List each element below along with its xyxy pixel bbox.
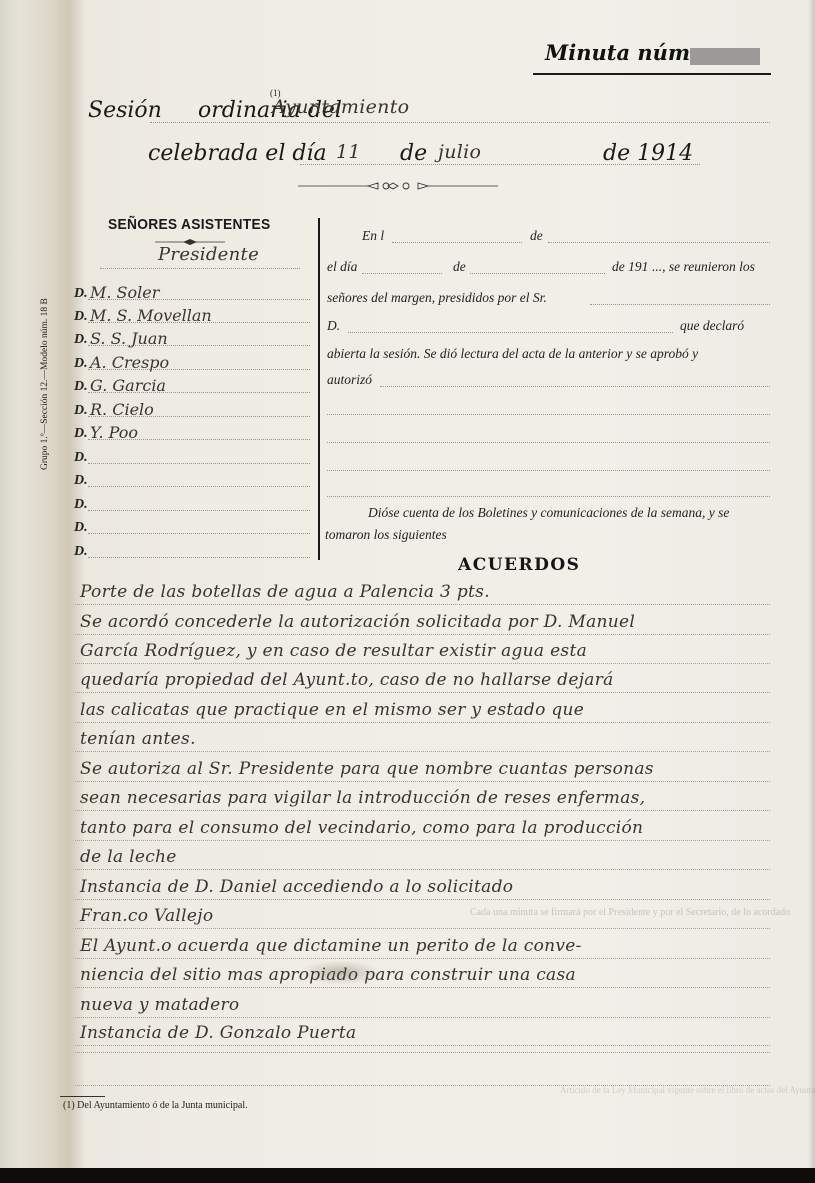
intro-line-president: [590, 304, 770, 305]
intro-line-5: [327, 496, 770, 497]
d-prefix: D.: [74, 497, 88, 513]
agreement-line: tenían antes.: [80, 729, 196, 749]
attendee-row: D.: [74, 540, 310, 560]
agreement-line: García Rodríguez, y en caso de resultar …: [80, 641, 587, 661]
ornament-divider: [298, 180, 498, 192]
attendee-name: M. Soler: [90, 283, 159, 302]
d-prefix: D.: [74, 544, 88, 560]
attendee-name: R. Cielo: [90, 400, 154, 419]
agreement-line: Se autoriza al Sr. Presidente para que n…: [80, 759, 654, 779]
attendee-row: D.: [74, 516, 310, 536]
d-prefix: D.: [74, 450, 88, 466]
attendee-row: D.: [74, 469, 310, 489]
ruled-line: [75, 987, 770, 988]
intro-en-l: En l: [362, 228, 384, 244]
ruled-line: [75, 663, 770, 664]
document-page: Minuta núm. Sesión ordinaria del (1) Ayu…: [0, 0, 815, 1168]
attendee-line: [88, 510, 310, 511]
bleed-through-text: Cada una minuta se firmará por el Presid…: [470, 907, 790, 918]
ruled-line: [75, 722, 770, 723]
d-prefix: D.: [74, 379, 88, 395]
attendee-name: S. S. Juan: [90, 329, 168, 348]
agreement-line: nueva y matadero: [80, 995, 239, 1015]
intro-de2: de: [453, 259, 466, 275]
agreement-line: Porte de las botellas de agua a Palencia…: [80, 582, 490, 602]
agreement-line: Instancia de D. Gonzalo Puerta: [80, 1023, 356, 1043]
intro-abierta: abierta la sesión. Se dió lectura del ac…: [327, 346, 698, 362]
d-prefix: D.: [74, 473, 88, 489]
minuta-number-box: [690, 48, 760, 65]
minuta-label: Minuta núm.: [545, 40, 697, 65]
intro-line-1: [380, 386, 770, 387]
minuta-rule: [533, 73, 771, 75]
agreement-line: Instancia de D. Daniel accediendo a lo s…: [80, 877, 513, 897]
session-word: Sesión: [88, 98, 162, 123]
ruled-line: [75, 869, 770, 870]
session-body-handwritten: Ayuntamiento: [272, 96, 409, 118]
intro-line-month: [470, 273, 605, 274]
attendee-name: Y. Poo: [90, 423, 138, 442]
attendee-row: D.A. Crespo: [74, 352, 310, 372]
attendee-row: D.Y. Poo: [74, 422, 310, 442]
column-divider: [318, 218, 320, 560]
intro-el-dia: el día: [327, 259, 357, 275]
agreement-line: Fran.co Vallejo: [80, 906, 213, 926]
d-prefix: D.: [74, 332, 88, 348]
attendee-line: [88, 463, 310, 464]
agreement-line: quedaría propiedad del Ayunt.to, caso de…: [80, 670, 614, 690]
intro-line-place: [392, 242, 522, 243]
agreement-line: Se acordó concederle la autorización sol…: [80, 612, 635, 632]
d-prefix: D.: [74, 309, 88, 325]
diose-line-1: Dióse cuenta de los Boletines y comunica…: [368, 505, 729, 521]
d-prefix: D.: [74, 403, 88, 419]
footnote: (1) Del Ayuntamiento ó de la Junta munic…: [63, 1100, 248, 1111]
ruled-line: [75, 781, 770, 782]
attendee-name: A. Crespo: [90, 353, 169, 372]
attendee-row: D.: [74, 446, 310, 466]
d-prefix: D.: [74, 426, 88, 442]
attendee-name: G. Garcia: [90, 376, 166, 395]
d-prefix: D.: [74, 286, 88, 302]
attendee-line: [88, 557, 310, 558]
intro-que-declaro: que declaró: [680, 318, 744, 334]
form-model-label: Grupo 1.º—Sección 12.—Modelo núm. 18 B: [40, 298, 50, 470]
d-prefix: D.: [74, 356, 88, 372]
attendee-line: [88, 533, 310, 534]
agreement-line: de la leche: [80, 847, 177, 867]
ruled-line: [75, 751, 770, 752]
de-label: de: [400, 141, 427, 166]
ruled-line: [75, 1045, 770, 1046]
intro-line-day: [362, 273, 442, 274]
intro-autorizo: autorizó: [327, 372, 372, 388]
ruled-line: [75, 899, 770, 900]
agreement-line: El Ayunt.o acuerda que dictamine un peri…: [80, 936, 582, 956]
attendees-heading: SEÑORES ASISTENTES: [108, 216, 270, 233]
intro-line-4: [327, 470, 770, 471]
ruled-line: [75, 810, 770, 811]
footnote-rule: [60, 1096, 105, 1097]
intro-line-d: [348, 332, 673, 333]
presidente-handwritten: Presidente: [158, 244, 259, 265]
presidente-line: [100, 268, 300, 269]
attendee-name: M. S. Movellan: [90, 306, 212, 325]
ruled-line: [75, 840, 770, 841]
intro-line-2: [327, 414, 770, 415]
d-prefix: D.: [74, 520, 88, 536]
ruled-line: [75, 692, 770, 693]
bleed-through-text-2: Artículo de la Ley Municipal vigente sob…: [560, 1085, 815, 1096]
intro-line-place2: [548, 242, 770, 243]
diose-line-2: tomaron los siguientes: [325, 527, 447, 543]
ruled-line: [75, 604, 770, 605]
attendee-row: D.S. S. Juan: [74, 328, 310, 348]
agreement-line: sean necesarias para vigilar la introduc…: [80, 788, 645, 808]
intro-se-reunieron: ..., se reunieron los: [652, 259, 755, 275]
intro-line-3: [327, 442, 770, 443]
session-day: 11: [336, 141, 361, 163]
ruled-line: [75, 928, 770, 929]
attendee-row: D.M. Soler: [74, 282, 310, 302]
ink-stain: [300, 960, 380, 985]
agreement-line: las calicatas que practique en el mismo …: [80, 700, 584, 720]
blank-line: [75, 1052, 770, 1053]
celebrada-label: celebrada el día: [148, 141, 327, 166]
session-month: julio: [438, 141, 481, 163]
intro-d: D.: [327, 318, 340, 334]
attendee-row: D.M. S. Movellan: [74, 305, 310, 325]
attendee-row: D.G. Garcia: [74, 375, 310, 395]
ruled-line: [75, 958, 770, 959]
intro-de-191: de 191: [612, 259, 648, 275]
ruled-line: [75, 1017, 770, 1018]
ruled-line: [75, 634, 770, 635]
intro-de1: de: [530, 228, 543, 244]
agreement-line: tanto para el consumo del vecindario, co…: [80, 818, 643, 838]
attendee-line: [88, 486, 310, 487]
attendee-row: D.: [74, 493, 310, 513]
acuerdos-heading: ACUERDOS: [458, 555, 580, 575]
intro-senores: señores del margen, presididos por el Sr…: [327, 290, 547, 306]
session-year: de 1914: [603, 141, 693, 166]
blank-line: [75, 1085, 770, 1086]
attendee-row: D.R. Cielo: [74, 399, 310, 419]
